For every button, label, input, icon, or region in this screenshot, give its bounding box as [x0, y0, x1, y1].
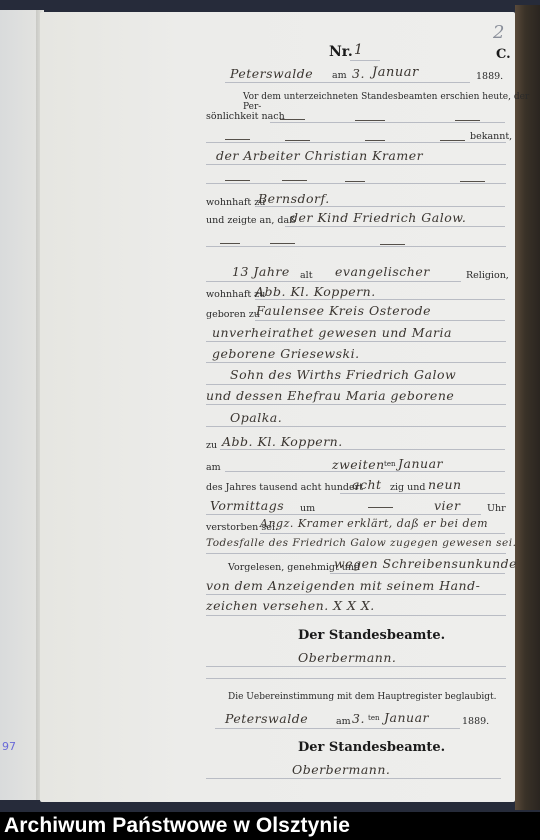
rule: [206, 281, 461, 282]
rule: [206, 341, 506, 342]
marital-line: unverheirathet gewesen und Maria: [212, 325, 452, 340]
rule: [206, 594, 506, 595]
rule: [215, 728, 460, 729]
official-signature: Oberbermann.: [298, 650, 396, 665]
vorgelesen-value: wegen Schreibensunkunde: [334, 556, 517, 571]
rule: [206, 384, 506, 385]
mother-line: und dessen Ehefrau Maria geborene: [206, 388, 454, 403]
rule: [285, 226, 505, 227]
father-line: Sohn des Wirths Friedrich Galow: [230, 367, 456, 382]
rule: [255, 206, 505, 207]
dash: [440, 140, 465, 141]
rule: [206, 778, 501, 779]
death-hour: vier: [434, 498, 460, 513]
cert-day: 3.: [352, 711, 365, 726]
rule: [330, 573, 505, 574]
um-label: um: [300, 503, 315, 514]
death-day: zweiten: [332, 457, 385, 472]
verstorben-value: Angz. Kramer erklärt, daß er bei dem: [260, 517, 488, 530]
dash: [345, 181, 365, 182]
year-decade: acht: [352, 477, 382, 492]
cert-month: Januar: [384, 710, 429, 725]
intro-line1: Vor dem unterzeichneten Standesbeamten e…: [243, 92, 540, 112]
spouse-line: geborene Griesewski.: [212, 346, 360, 361]
year-unit: neun: [428, 477, 462, 492]
mother-name: Opalka.: [230, 410, 282, 425]
alt-label: alt: [300, 270, 313, 281]
nr-value: 1: [354, 42, 363, 58]
dash: [355, 120, 385, 121]
bekannt-label: bekannt,: [470, 131, 512, 142]
time-of-day: Vormittags: [210, 498, 284, 513]
dash: [455, 120, 480, 121]
rule: [270, 122, 505, 123]
official-title: Der Standesbeamte.: [298, 628, 445, 643]
deceased-name: der Kind Friedrich Galow.: [290, 210, 466, 225]
rule: [206, 426, 506, 427]
header-place: Peterswalde: [230, 66, 313, 81]
archive-footer: Archiwum Państwowe w Olsztynie: [0, 812, 540, 840]
header-year: 1889.: [476, 71, 503, 82]
rule: [225, 471, 505, 472]
zu-label: zu: [206, 440, 217, 451]
register-page: [40, 12, 515, 802]
rule: [206, 553, 506, 554]
rule: [206, 404, 506, 405]
rule: [255, 320, 505, 321]
rule: [206, 246, 506, 247]
rule: [206, 142, 506, 143]
cert-year: 1889.: [462, 716, 489, 727]
book-edge: [515, 5, 540, 810]
birthplace: Faulensee Kreis Osterode: [256, 303, 431, 318]
rule: [220, 449, 505, 450]
dash: [220, 243, 240, 244]
cert-am: am: [336, 716, 351, 727]
dash: [368, 507, 393, 508]
zig-und: zig und: [390, 482, 425, 493]
religion-value: evangelischer: [335, 264, 430, 279]
deceased-age: 13 Jahre: [232, 264, 290, 279]
pencil-page-number: 2: [493, 22, 504, 43]
certification-text: Die Uebereinstimmung mit dem Hauptregist…: [228, 692, 497, 702]
cert-den: ten: [368, 714, 379, 722]
cert-official-title: Der Standesbeamte.: [298, 740, 445, 755]
left-stamp: 97: [2, 740, 16, 753]
dash: [285, 140, 310, 141]
dash: [282, 180, 307, 181]
closing-line2: von dem Anzeigenden mit seinem Hand-: [206, 578, 480, 593]
rule: [206, 164, 506, 165]
jahres-label: des Jahres tausend acht hundert: [206, 482, 363, 493]
dash: [280, 119, 305, 120]
death-place: Abb. Kl. Koppern.: [222, 434, 343, 449]
informant: der Arbeiter Christian Kramer: [216, 148, 423, 163]
nr-label: Nr.: [329, 44, 353, 60]
dash: [365, 140, 385, 141]
religion-label: Religion,: [466, 270, 509, 281]
header-day: 3.: [352, 66, 365, 81]
am-label: am: [206, 462, 221, 473]
dash: [380, 244, 405, 245]
rule: [206, 362, 506, 363]
closing-line3: zeichen versehen. X X X.: [206, 598, 375, 613]
zeigte-label: und zeigte an, daß: [206, 215, 295, 226]
rule: [206, 615, 506, 616]
rule: [206, 183, 506, 184]
rule: [206, 514, 481, 515]
rule: [225, 82, 470, 83]
header-am: am: [332, 70, 347, 81]
rule: [255, 299, 505, 300]
dash: [460, 181, 485, 182]
archive-name: Archiwum Państwowe w Olsztynie: [4, 814, 350, 838]
rule: [206, 678, 506, 679]
dash: [270, 243, 295, 244]
dash: [225, 180, 250, 181]
verstorben-value2: Todesfalle des Friedrich Galow zugegen g…: [206, 537, 516, 549]
month-suffix: ten: [384, 460, 395, 468]
rule: [206, 666, 506, 667]
intro-line2: sönlichkeit nach: [206, 111, 285, 122]
geboren-label: geboren zu: [206, 309, 260, 320]
rule: [340, 493, 505, 494]
deceased-residence: Abb. Kl. Koppern.: [255, 284, 376, 299]
header-month: Januar: [372, 65, 419, 80]
uhr-label: Uhr: [487, 503, 506, 514]
informant-residence: Bernsdorf.: [258, 191, 330, 206]
left-page-edge: [0, 10, 40, 800]
cert-place: Peterswalde: [225, 711, 308, 726]
form-letter: C.: [496, 47, 511, 62]
rule: [260, 533, 505, 534]
cert-signature: Oberbermann.: [292, 762, 390, 777]
death-month: Januar: [398, 456, 443, 471]
dash: [225, 139, 250, 140]
rule: [350, 60, 380, 61]
